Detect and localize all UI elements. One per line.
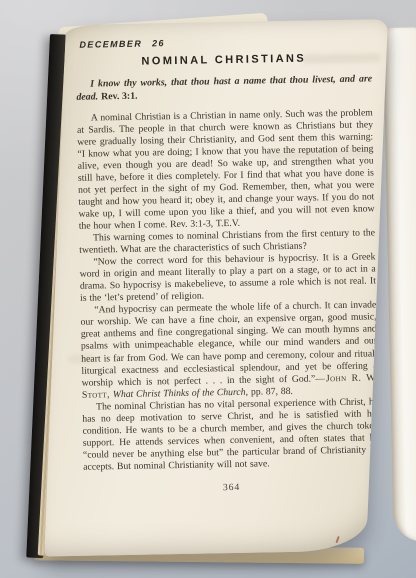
date-header: DECEMBER 26 — [79, 34, 371, 49]
paragraph-3: “Now the correct word for this behaviour… — [79, 252, 376, 306]
paragraph-4-quote-with-attribution: “And hypocrisy can permeate the whole li… — [80, 300, 378, 402]
text-column: DECEMBER 26 NOMINAL CHRISTIANS I know th… — [75, 34, 379, 505]
attribution-book-title: What Christ Thinks of the Church, — [113, 386, 248, 399]
stray-ink-mark — [335, 536, 339, 543]
book-page: DECEMBER 26 NOMINAL CHRISTIANS I know th… — [44, 19, 388, 556]
body-text: A nominal Christian is a Christian in na… — [77, 107, 380, 474]
paragraph-1: A nominal Christian is a Christian in na… — [77, 107, 375, 233]
scripture-epigraph: I know thy works, that thou hast a name … — [76, 73, 372, 104]
page-title: NOMINAL CHRISTIANS — [76, 51, 372, 69]
paragraph-5: The nominal Christian has no vital perso… — [82, 396, 379, 474]
attribution-page-refs: pp. 87, 88. — [251, 386, 293, 398]
fore-edge-pages-right — [383, 27, 416, 542]
photo-backdrop: DECEMBER 26 NOMINAL CHRISTIANS I know th… — [0, 0, 416, 578]
page-number: 364 — [84, 479, 380, 495]
epigraph-reference: Rev. 3:1. — [101, 90, 138, 102]
